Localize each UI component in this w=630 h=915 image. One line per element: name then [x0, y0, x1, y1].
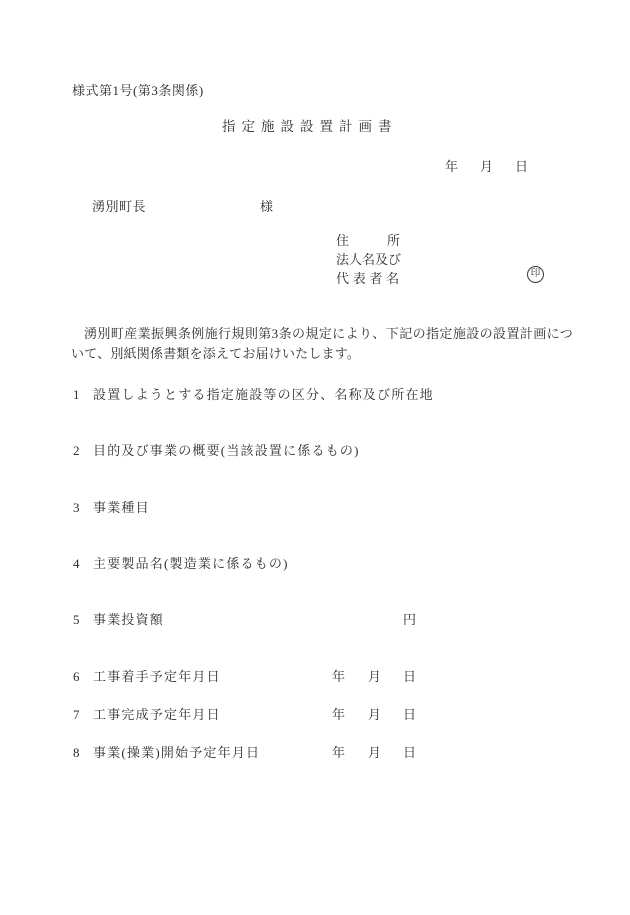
item-8-month-label: 月: [368, 746, 381, 759]
addressee-honorific: 様: [260, 200, 273, 213]
sender-corporate-name-label: 法人名及び: [336, 253, 402, 272]
item-6-label: 工事着手予定年月日: [93, 670, 221, 683]
item-3-number: 3: [73, 501, 80, 514]
sender-address-label: 住 所: [336, 234, 400, 253]
header-date-day-label: 日: [515, 160, 528, 173]
sender-block: 住 所 法人名及び 代表者名: [336, 234, 402, 291]
item-1-label: 設置しようとする指定施設等の区分、名称及び所在地: [93, 388, 434, 401]
item-7-month-label: 月: [368, 708, 381, 721]
item-6-day-label: 日: [403, 670, 416, 683]
item-8-year-label: 年: [332, 746, 345, 759]
item-4-number: 4: [73, 557, 80, 570]
form-number-label: 様式第1号(第3条関係): [72, 84, 204, 97]
addressee-name: 湧別町長: [92, 200, 146, 213]
item-3-label: 事業種目: [93, 501, 150, 514]
item-7-day-label: 日: [403, 708, 416, 721]
sender-address-label-first: 住: [336, 234, 349, 253]
item-8-day-label: 日: [403, 746, 416, 759]
item-5-number: 5: [73, 613, 80, 626]
item-4-label: 主要製品名(製造業に係るもの): [93, 557, 289, 570]
item-2-number: 2: [73, 444, 80, 457]
item-5-yen-unit-label: 円: [403, 613, 416, 626]
seal-stamp-icon: 印: [527, 266, 544, 283]
item-8-label: 事業(操業)開始予定年月日: [93, 746, 260, 759]
item-6-year-label: 年: [332, 670, 345, 683]
item-7-year-label: 年: [332, 708, 345, 721]
sender-address-label-second: 所: [387, 234, 400, 253]
body-paragraph: 湧別町産業振興条例施行規則第3条の規定により、下記の指定施設の設置計画について、…: [71, 324, 573, 363]
document-page: 様式第1号(第3条関係) 指定施設設置計画書 年 月 日 湧別町長 様 住 所 …: [0, 0, 630, 915]
header-date-month-label: 月: [480, 160, 493, 173]
item-2-label: 目的及び事業の概要(当該設置に係るもの): [93, 444, 360, 457]
item-5-label: 事業投資額: [93, 613, 164, 626]
item-8-number: 8: [73, 746, 80, 759]
item-6-month-label: 月: [368, 670, 381, 683]
item-6-number: 6: [73, 670, 80, 683]
item-7-number: 7: [73, 708, 80, 721]
header-date-year-label: 年: [445, 160, 458, 173]
item-7-label: 工事完成予定年月日: [93, 708, 221, 721]
seal-mark-text: 印: [531, 270, 541, 280]
sender-representative-label: 代表者名: [336, 272, 402, 291]
document-title: 指定施設設置計画書: [222, 120, 398, 134]
item-1-number: 1: [73, 388, 80, 401]
